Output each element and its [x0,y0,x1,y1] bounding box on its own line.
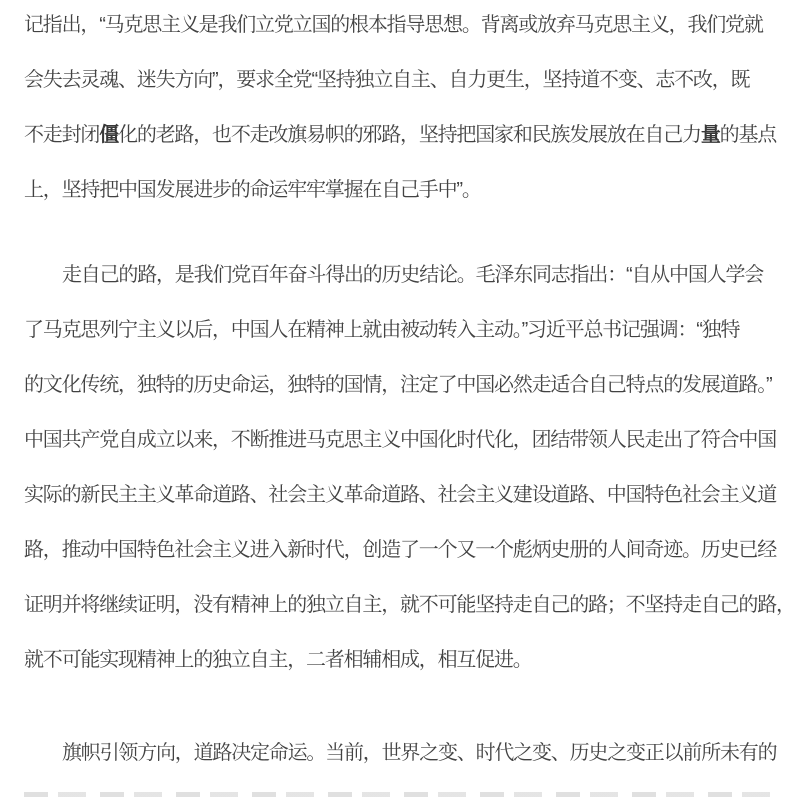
paragraph-2-line-6: 路，推动中国特色社会主义进入新时代，创造了一个又一个彪炳史册的人间奇迹。历史已经 [24,523,776,578]
text-run: 不走封闭 [24,124,99,146]
article-content: 记指出，“马克思主义是我们立党立国的根本指导思想。背离或放弃马克思主义，我们党就… [24,0,776,781]
text-run: 实际的新民主主义革命道路、社会主义革命道路、社会主义建设道路、中国特色社会主义道 [24,484,776,506]
text-run: 的文化传统，独特的历史命运，独特的国情，注定了中国必然走适合自己特点的发展道路。… [24,374,771,396]
paragraph-1-line-2: 会失去灵魂、迷失方向”，要求全党“坚持独立自主、自力更生，坚持道不变、志不改，既 [24,53,776,108]
emphasized-character: 量 [701,124,720,146]
document-page: { "document": { "language": "zh-CN", "co… [0,0,800,800]
paragraph-1: 记指出，“马克思主义是我们立党立国的根本指导思想。背离或放弃马克思主义，我们党就… [24,0,776,218]
text-run: 上，坚持把中国发展进步的命运牢牢掌握在自己手中”。 [24,179,481,201]
text-run: 会失去灵魂、迷失方向”，要求全党“坚持独立自主、自力更生，坚持道不变、志不改，既 [24,69,749,91]
text-run: 走自己的路，是我们党百年奋斗得出的历史结论。毛泽东同志指出：“自从中国人学会 [62,264,763,286]
text-run: 就不可能实现精神上的独立自主，二者相辅相成，相互促进。 [24,649,532,671]
paragraph-2: 走自己的路，是我们党百年奋斗得出的历史结论。毛泽东同志指出：“自从中国人学会了马… [24,248,776,688]
text-run: 化的老路，也不走改旗易帜的邪路，坚持把国家和民族发展放在自己力 [118,124,701,146]
article-page: 记指出，“马克思主义是我们立党立国的根本指导思想。背离或放弃马克思主义，我们党就… [0,0,800,800]
text-run: 的基点 [720,124,776,146]
text-run: 旗帜引领方向，道路决定命运。当前，世界之变、时代之变、历史之变正以前所未有的 [62,742,776,764]
paragraph-2-line-1: 走自己的路，是我们党百年奋斗得出的历史结论。毛泽东同志指出：“自从中国人学会 [24,248,776,303]
text-run: 了马克思列宁主义以后，中国人在精神上就由被动转入主动。”习近平总书记强调：“独特 [24,319,739,341]
paragraph-2-line-7: 证明并将继续证明，没有精神上的独立自主，就不可能坚持走自己的路；不坚持走自己的路… [24,578,776,633]
paragraph-2-line-8: 就不可能实现精神上的独立自主，二者相辅相成，相互促进。 [24,633,776,688]
emphasized-character: 僵 [99,124,118,146]
text-run: 记指出，“马克思主义是我们立党立国的根本指导思想。背离或放弃马克思主义，我们党就 [24,14,763,36]
paragraph-1-line-3: 不走封闭僵化的老路，也不走改旗易帜的邪路，坚持把国家和民族发展放在自己力量的基点 [24,108,776,163]
clipped-next-line [24,792,776,797]
paragraph-2-line-3: 的文化传统，独特的历史命运，独特的国情，注定了中国必然走适合自己特点的发展道路。… [24,358,776,413]
paragraph-3: 旗帜引领方向，道路决定命运。当前，世界之变、时代之变、历史之变正以前所未有的 [24,726,776,781]
paragraph-2-line-5: 实际的新民主主义革命道路、社会主义革命道路、社会主义建设道路、中国特色社会主义道 [24,468,776,523]
text-run: 中国共产党自成立以来，不断推进马克思主义中国化时代化，团结带领人民走出了符合中国 [24,429,776,451]
paragraph-1-line-1: 记指出，“马克思主义是我们立党立国的根本指导思想。背离或放弃马克思主义，我们党就 [24,0,776,53]
paragraph-1-line-4: 上，坚持把中国发展进步的命运牢牢掌握在自己手中”。 [24,163,776,218]
paragraph-2-line-4: 中国共产党自成立以来，不断推进马克思主义中国化时代化，团结带领人民走出了符合中国 [24,413,776,468]
paragraph-2-line-2: 了马克思列宁主义以后，中国人在精神上就由被动转入主动。”习近平总书记强调：“独特 [24,303,776,358]
text-run: 路，推动中国特色社会主义进入新时代，创造了一个又一个彪炳史册的人间奇迹。历史已经 [24,539,776,561]
text-run: 证明并将继续证明，没有精神上的独立自主，就不可能坚持走自己的路；不坚持走自己的路… [24,594,795,616]
paragraph-3-line-1: 旗帜引领方向，道路决定命运。当前，世界之变、时代之变、历史之变正以前所未有的 [24,726,776,781]
